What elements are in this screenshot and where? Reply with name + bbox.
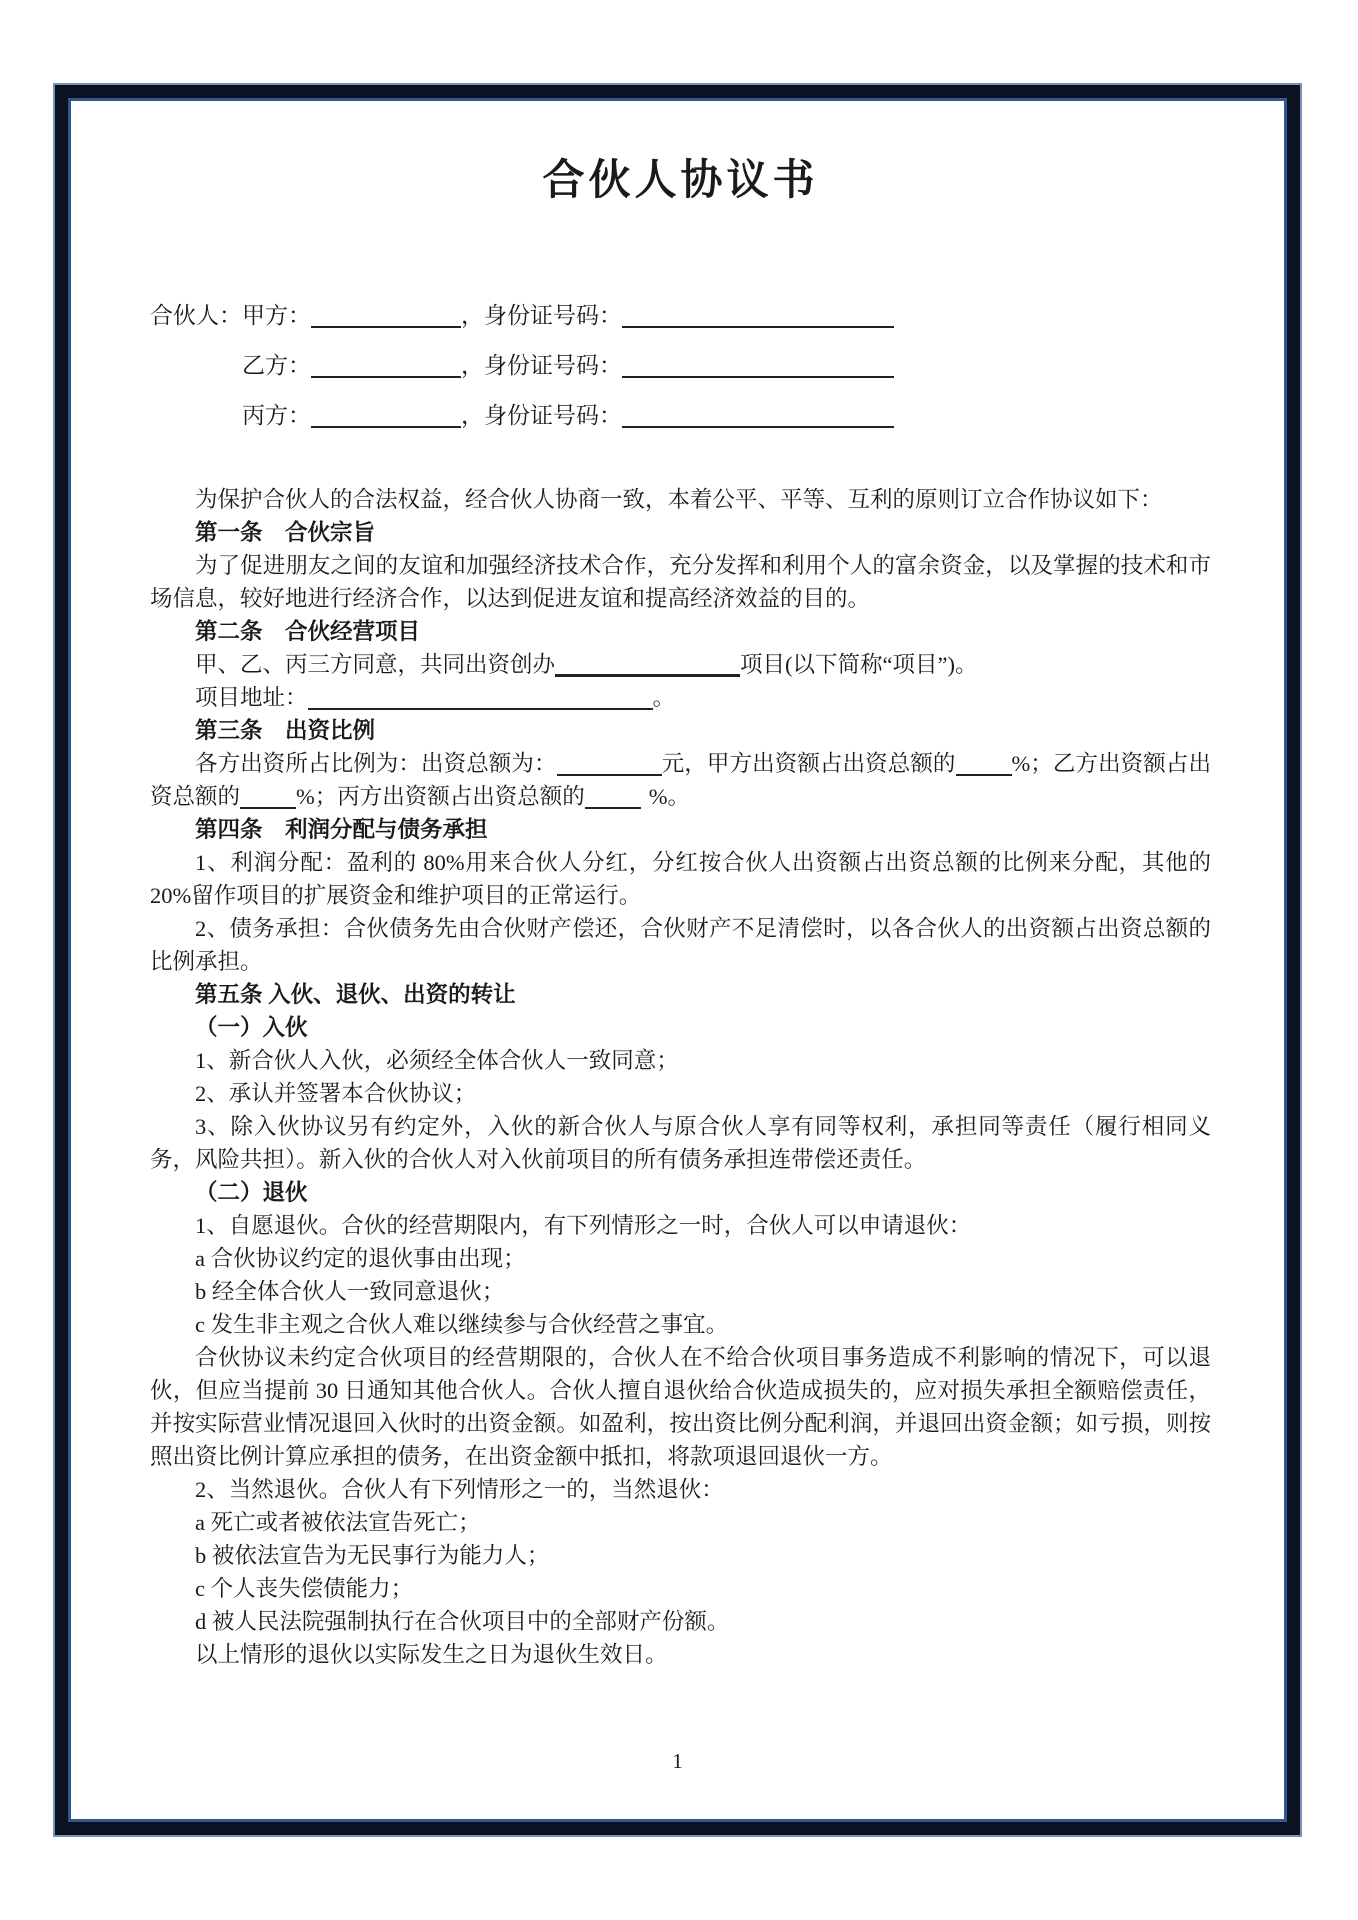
section3-heading: 第三条 出资比例: [150, 714, 1211, 747]
auto-withdraw-case-c: c 个人丧失偿债能力；: [150, 1572, 1211, 1605]
join-item-1: 1、新合伙人入伙，必须经全体合伙人一致同意；: [150, 1044, 1211, 1077]
page-number: 1: [68, 1749, 1287, 1774]
party-a-name-blank: [311, 300, 461, 328]
party-a-ratio-blank: [956, 748, 1012, 776]
party-b-name-label: 乙方：: [242, 353, 311, 378]
withdraw-case-b: b 经全体合伙人一致同意退伙；: [150, 1275, 1211, 1308]
party-c-id-blank: [622, 400, 894, 428]
agreement-body: 为保护合伙人的合法权益，经合伙人协商一致，本着公平、平等、互利的原则订立合作协议…: [150, 483, 1211, 1671]
ratio-seg-2: 元，甲方出资额占出资总额的: [662, 751, 956, 776]
party-c-name-label: 丙方：: [242, 403, 311, 428]
total-amount-blank: [557, 748, 662, 776]
auto-withdraw-case-b: b 被依法宣告为无民事行为能力人；: [150, 1539, 1211, 1572]
party-b-id-label: ，身份证号码：: [461, 353, 622, 378]
section2-project-line: 甲、乙、丙三方同意，共同出资创办项目(以下简称“项目”)。: [150, 648, 1211, 681]
join-item-3: 3、除入伙协议另有约定外，入伙的新合伙人与原合伙人享有同等权利，承担同等责任（履…: [150, 1110, 1211, 1176]
section4-item-1: 1、利润分配：盈利的 80%用来合伙人分红，分红按合伙人出资额占出资总额的比例来…: [150, 846, 1211, 912]
party-b-ratio-blank: [240, 781, 296, 809]
party-a-id-label: ，身份证号码：: [461, 303, 622, 328]
section5-sub2-heading: （二）退伙: [150, 1176, 1211, 1209]
party-c-name-blank: [311, 400, 461, 428]
section3-text: 各方出资所占比例为：出资总额为：元，甲方出资额占出资总额的%；乙方出资额占出资总…: [150, 747, 1211, 813]
withdraw-case-a: a 合伙协议约定的退伙事由出现；: [150, 1242, 1211, 1275]
address-label: 项目地址：: [195, 685, 308, 710]
document-content: 合伙人协议书 合伙人：甲方：，身份证号码： 乙方：，身份证号码： 丙方：，身份证…: [68, 156, 1287, 1671]
party-b-name-blank: [311, 350, 461, 378]
address-line-post: 。: [653, 685, 676, 710]
party-row-b: 乙方：，身份证号码：: [150, 341, 1211, 391]
section5-sub1-heading: （一）入伙: [150, 1011, 1211, 1044]
section4-item-2: 2、债务承担：合伙债务先由合伙财产偿还，合伙财产不足清偿时，以各合伙人的出资额占…: [150, 912, 1211, 978]
auto-withdraw-case-d: d 被人民法院强制执行在合伙项目中的全部财产份额。: [150, 1605, 1211, 1638]
parties-block: 合伙人：甲方：，身份证号码： 乙方：，身份证号码： 丙方：，身份证号码：: [150, 291, 1211, 441]
section1-heading: 第一条 合伙宗旨: [150, 516, 1211, 549]
auto-withdraw-case-a: a 死亡或者被依法宣告死亡；: [150, 1506, 1211, 1539]
withdraw-effective-note: 以上情形的退伙以实际发生之日为退伙生效日。: [150, 1638, 1211, 1671]
parties-label: 合伙人：: [150, 291, 242, 341]
section1-text: 为了促进朋友之间的友谊和加强经济技术合作，充分发挥和利用个人的富余资金，以及掌握…: [150, 549, 1211, 615]
project-name-blank: [555, 648, 740, 677]
section4-heading: 第四条 利润分配与债务承担: [150, 813, 1211, 846]
project-line-pre: 甲、乙、丙三方同意，共同出资创办: [195, 652, 555, 677]
party-c-ratio-blank: [585, 781, 641, 809]
withdraw-item-1: 1、自愿退伙。合伙的经营期限内，有下列情形之一时，合伙人可以申请退伙：: [150, 1209, 1211, 1242]
document-title: 合伙人协议书: [150, 156, 1211, 206]
join-item-2: 2、承认并签署本合伙协议；: [150, 1077, 1211, 1110]
party-c-id-label: ，身份证号码：: [461, 403, 622, 428]
address-blank: [308, 682, 653, 710]
party-row-c: 丙方：，身份证号码：: [150, 391, 1211, 441]
party-row-a: 合伙人：甲方：，身份证号码：: [150, 291, 1211, 341]
withdraw-terms-paragraph: 合伙协议未约定合伙项目的经营期限的，合伙人在不给合伙项目事务造成不利影响的情况下…: [150, 1341, 1211, 1473]
ratio-seg-5: %。: [649, 784, 690, 809]
intro-paragraph: 为保护合伙人的合法权益，经合伙人协商一致，本着公平、平等、互利的原则订立合作协议…: [150, 483, 1211, 516]
section2-heading: 第二条 合伙经营项目: [150, 615, 1211, 648]
project-line-post: 项目(以下简称“项目”)。: [740, 652, 977, 677]
party-a-name-label: 甲方：: [242, 303, 311, 328]
section2-address-line: 项目地址：。: [150, 681, 1211, 714]
page-border-frame: 合伙人协议书 合伙人：甲方：，身份证号码： 乙方：，身份证号码： 丙方：，身份证…: [55, 85, 1300, 1835]
party-a-id-blank: [622, 300, 894, 328]
withdraw-item-2: 2、当然退伙。合伙人有下列情形之一的，当然退伙：: [150, 1473, 1211, 1506]
withdraw-case-c: c 发生非主观之合伙人难以继续参与合伙经营之事宜。: [150, 1308, 1211, 1341]
ratio-seg-1: 各方出资所占比例为：出资总额为：: [195, 751, 557, 776]
ratio-seg-4: %；丙方出资额占出资总额的: [296, 784, 585, 809]
section5-heading: 第五条 入伙、退伙、出资的转让: [150, 978, 1211, 1011]
party-b-id-blank: [622, 350, 894, 378]
